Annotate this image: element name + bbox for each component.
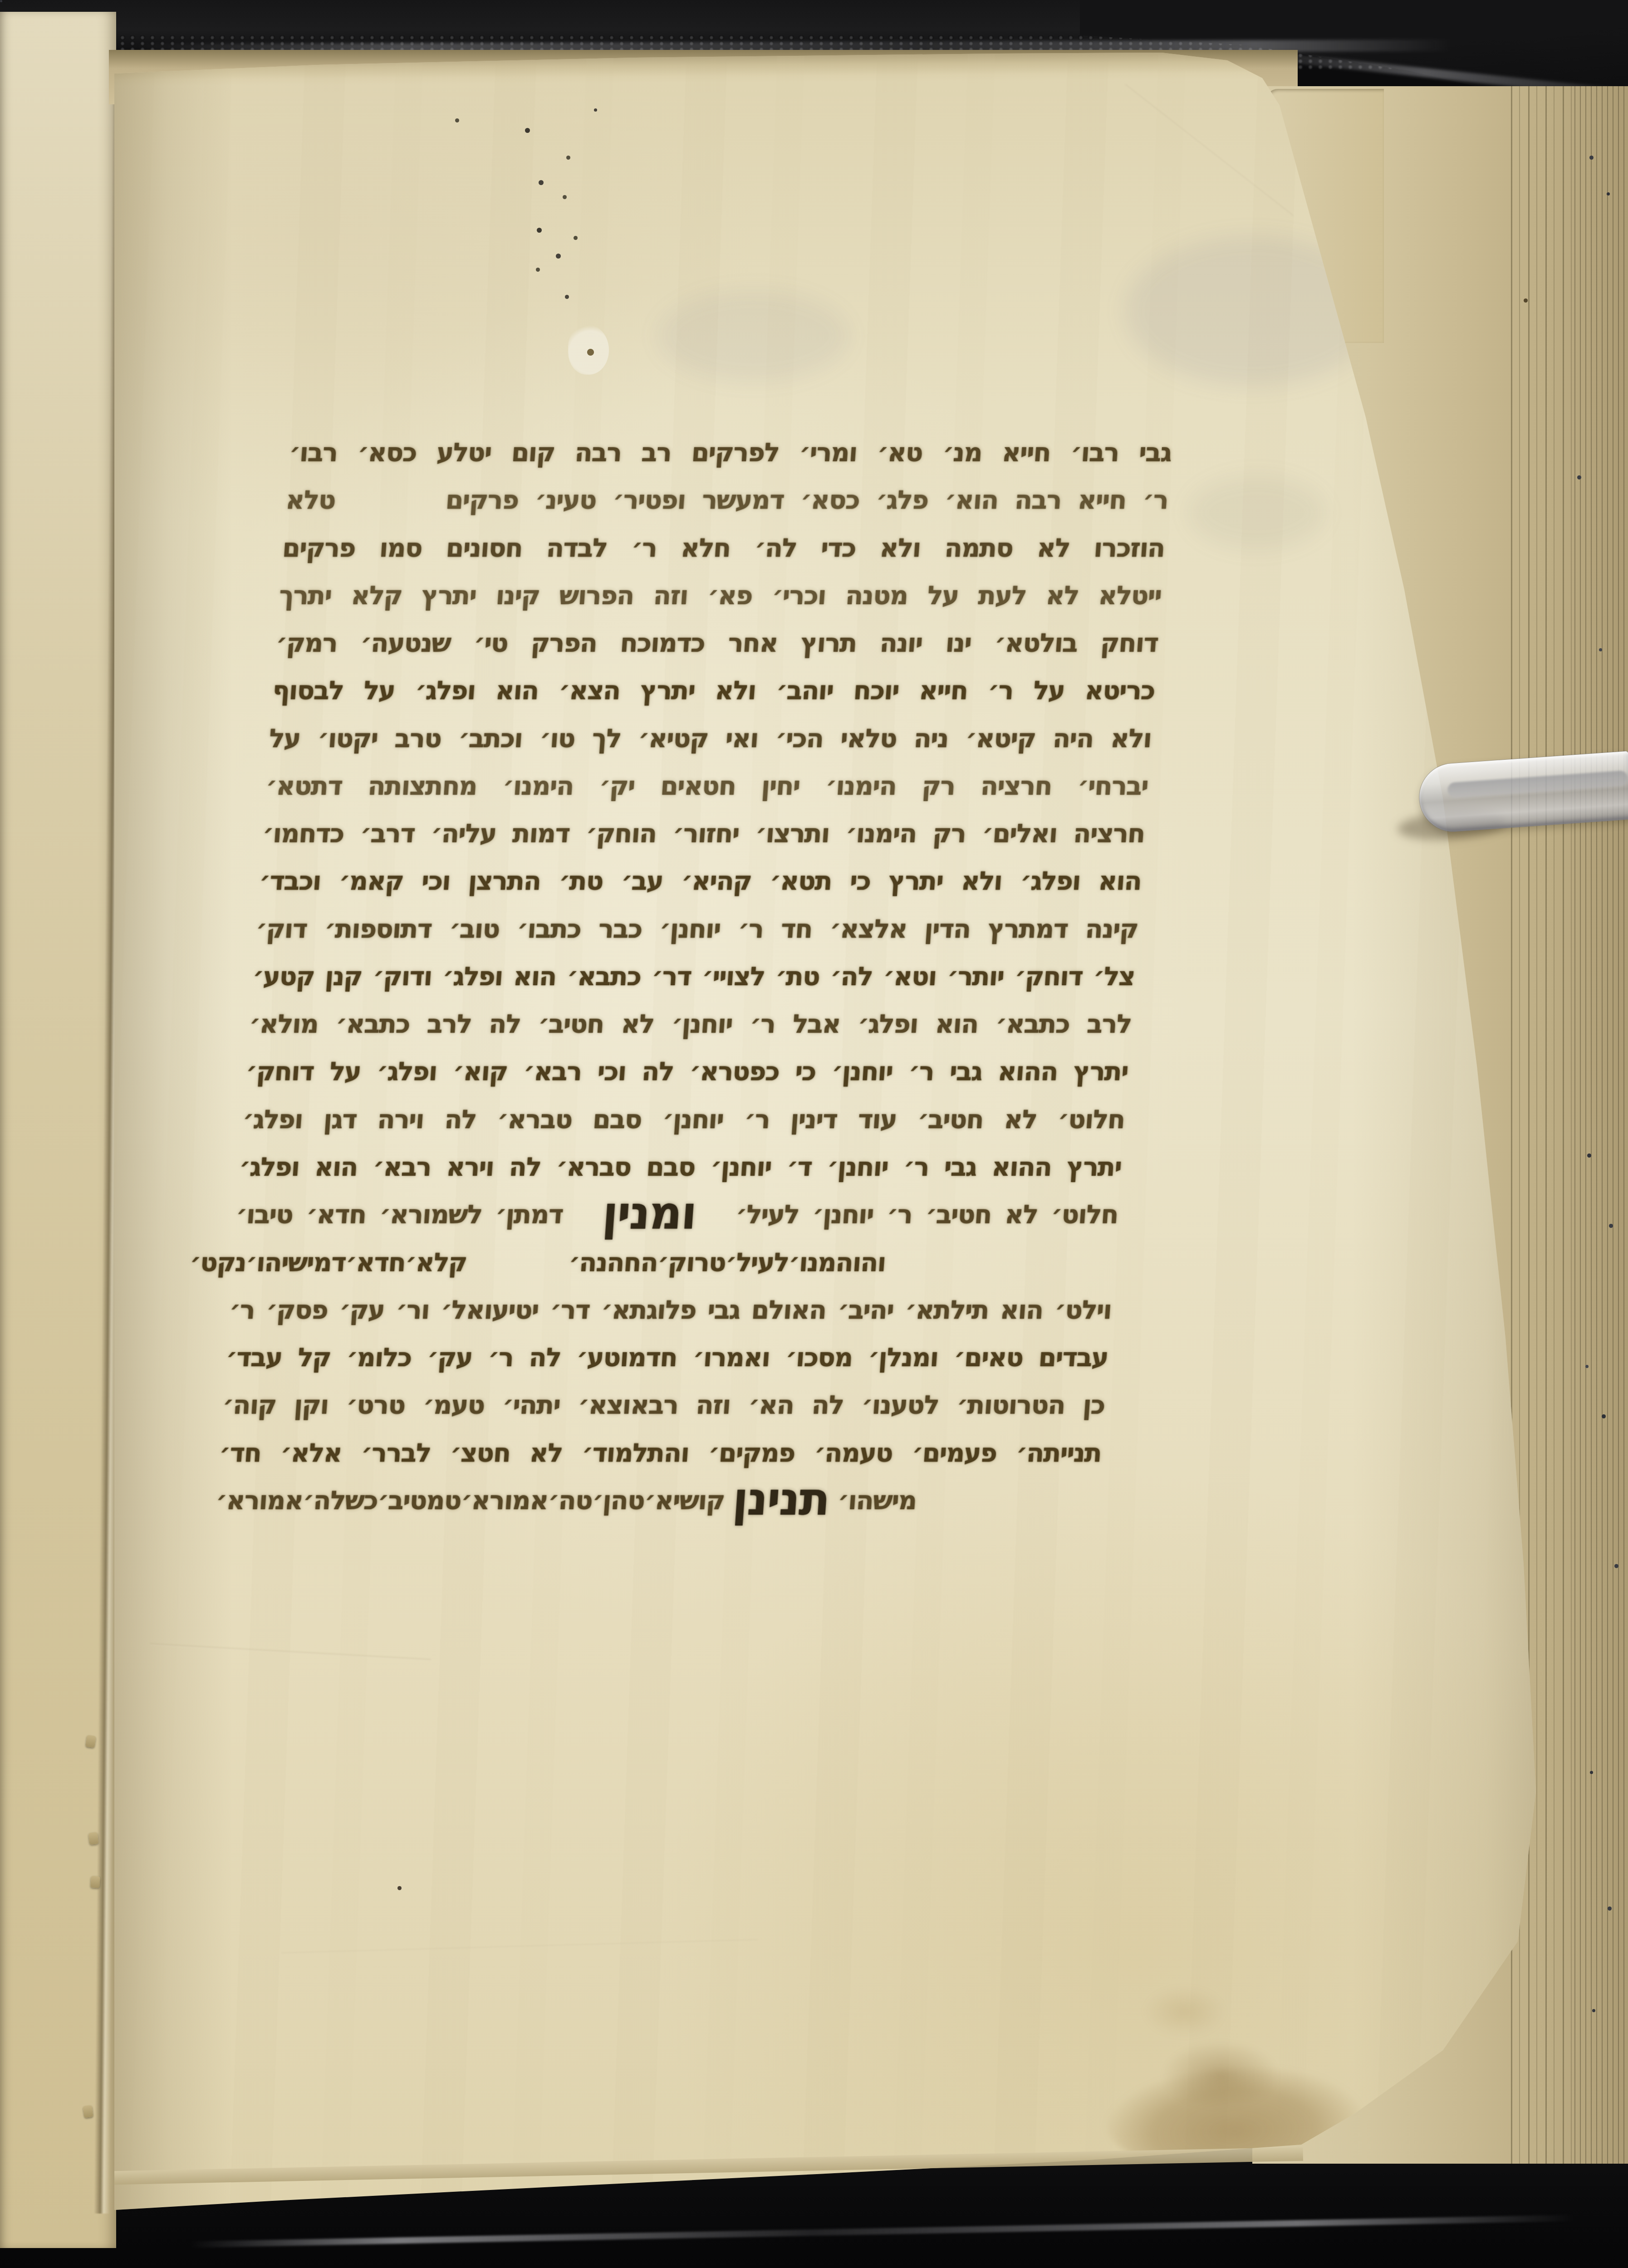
word: ר׳ [986,670,1015,712]
word: יטיעואל׳ [439,1289,540,1331]
word: לא [1044,575,1080,616]
word: כדמוכח [619,622,706,664]
word: טא׳ [876,432,924,474]
word: ואי [724,718,760,759]
word: לה [443,1099,478,1140]
word: וכבד׳ [258,860,322,902]
word: יוחנן׳ [709,1146,773,1188]
word: פמקים׳ [707,1432,796,1474]
word: יקטו׳ [316,718,379,759]
parchment-flaw [568,325,609,375]
word: יוהב׳ [775,670,834,712]
word: טעינ׳ [534,479,598,521]
manuscript-line: חלוט׳לאחטיב׳ר׳יוחנן׳לעיל׳ומניןדמתן׳לשמור… [234,1194,1119,1242]
word: חדמוטע׳ [575,1337,678,1378]
word: קטע׳ [251,956,315,997]
word: לעת [977,575,1028,616]
word: קטיא׳ [637,718,710,759]
manuscript-line: תנייתה׳פעמים׳טעמה׳פמקים׳והתלמוד׳לאחטצ׳לב… [217,1432,1103,1480]
word: טי׳ [472,622,509,664]
word: הדין [923,908,971,950]
word: קום [510,432,556,474]
word: חלא [679,527,732,569]
word: יתרץ [1072,1051,1129,1093]
word: טיבו׳ [235,1194,294,1236]
manuscript-line: גבירבו׳חייאמנ׳טא׳ומרי׳לפרקיםרברבהקוםיטלע… [287,432,1172,479]
manuscript-line: דוחקבולטא׳ינויונהתרוץאחרכדמוכחהפרקטי׳שנט… [274,622,1159,670]
word: ר׳ [748,1003,776,1045]
word: הימנו׳ [844,813,918,855]
word: הא׳ [747,1384,795,1426]
word: עק׳ [426,1337,474,1378]
word: כסא׳ [799,479,861,521]
word: חד׳ [218,1432,262,1474]
word: ר׳ [228,1289,256,1331]
word: דוחק׳ [245,1051,315,1093]
word: טלא [284,479,337,521]
manuscript-line: הואופלג׳ולאיתרץכיתטא׳קהיא׳עב׳טת׳התרצןוכי… [257,860,1143,908]
word: לצויי׳ [701,956,766,997]
word: ייטלא [1097,575,1163,616]
word: ואמרו׳ [691,1337,771,1378]
sewing-stitch [88,1832,99,1845]
word: מחתצותה [366,765,478,807]
word: הוא׳ [943,479,1000,521]
stain [1162,2041,1280,2109]
word: ודוק׳ [371,956,433,997]
word: לא [620,1003,655,1045]
word: סתמה [943,527,1015,569]
word: ופלג׳ [241,1099,304,1140]
word: חדא׳ [305,1194,368,1236]
word: קיטא׳ [964,718,1037,759]
word: על [926,575,960,616]
word: חד [780,908,814,950]
word: חטיב׳ [916,1099,985,1140]
word: דר׳ [650,956,693,997]
word: כדחמו׳ [261,813,345,855]
manuscript-line: וילט׳הואתילתא׳יהיב׳האולםגביפלוגתא׳דר׳יטי… [227,1289,1113,1337]
word: דמתן׳ [494,1194,564,1236]
word: וזה [695,1384,732,1426]
word: ינו [944,622,973,664]
word: הפרוש [558,575,635,616]
word: לה [508,1146,542,1188]
word: לבסוף [271,670,344,712]
manuscript-line: כריטאעלר׳חייאיוכחיוהב׳ולאיתרץהצא׳הואופלג… [270,670,1156,718]
word: פסק׳ [265,1289,329,1331]
word: לה [487,1003,522,1045]
word: מסכו׳ [784,1337,854,1378]
word: עב׳ [620,860,664,902]
word: דוק׳ [255,908,309,950]
word: ר׳ [885,1194,913,1236]
manuscript-line: חרציהואלים׳רקהימנו׳ותרצו׳יחזור׳הוחק׳דמות… [260,813,1146,860]
word: יונה [878,622,924,664]
word: דמות [511,813,571,855]
word: ואלים׳ [981,813,1059,855]
word: יותר׳ [946,956,1005,997]
word: פלג׳ [874,479,929,521]
word: ההוא [991,1146,1053,1188]
word: יטלע [435,432,492,474]
word: סברא׳ [555,1146,633,1188]
word: מנ׳ [941,432,983,474]
word: תטא׳ [768,860,833,902]
word: רבא׳ [522,1051,583,1093]
fore-edge-flecks [0,0,2,2]
word: ופלג׳ [414,670,477,712]
word: טרט׳ [345,1384,406,1426]
word: תנייתה׳ [1015,1432,1103,1474]
word: הפרק [530,622,598,664]
word: אבל [791,1003,842,1045]
word: על [328,1051,362,1093]
word: תילתא׳ [903,1289,990,1331]
word: לרב [426,1003,473,1045]
word: פעמים׳ [911,1432,998,1474]
word: וכתב׳ [457,718,524,759]
word: ופלג׳ [375,1051,438,1093]
word: יתרך [278,575,333,616]
word: תרוץ [799,622,858,664]
word: יתרץ [420,575,477,616]
word: כתבא׳ [565,956,642,997]
word: טת׳ [774,956,821,997]
word: ופטיר׳ [611,479,687,521]
word: החהנה׳ [567,1242,659,1283]
word: טרוק׳ [656,1242,727,1283]
word: רק [921,765,956,807]
word: ההוא [996,1051,1059,1093]
word: ר׳ [630,527,658,569]
word: ולא [714,670,757,712]
word: על [1032,670,1066,712]
word: לא [1035,527,1071,569]
word: טברא׳ [495,1099,573,1140]
word: רבה [574,432,623,474]
word: עק׳ [338,1289,386,1331]
word: לא [528,1432,564,1474]
word: ופלג׳ [856,1003,919,1045]
word: כן [1081,1384,1106,1426]
word: ור׳ [394,1289,431,1331]
manuscript-photo: גבירבו׳חייאמנ׳טא׳ומרי׳לפרקיםרברבהקוםיטלע… [0,0,1628,2268]
word: קלא [350,575,403,616]
word: הוא [313,1146,359,1188]
word: כתבא׳ [334,1003,411,1045]
word: הכי׳ [774,718,825,759]
word: דתוספות׳ [323,908,433,950]
word: רבו׳ [288,432,338,474]
word: כלומ׳ [345,1337,412,1378]
word: יוחנן׳ [658,908,722,950]
word: יתרץ [887,860,944,902]
word: רק [932,813,967,855]
word: והתלמוד׳ [580,1432,690,1474]
word: וקן [293,1384,330,1426]
manuscript-line: מישהו׳תנינןקושיא׳טהן׳טה׳אמורא׳טמטיב׳כשלה… [214,1480,1099,1527]
word: קנן [324,956,363,997]
word: יתרץ [1065,1146,1123,1188]
word: חייא [1000,432,1052,474]
word: לה [810,1384,845,1426]
word: דמתרץ [986,908,1069,950]
word: כתבא׳ [994,1003,1071,1045]
word: לבדה [545,527,608,569]
word: טעמה׳ [813,1432,894,1474]
word: טלאי [839,718,898,759]
word: ולא [1109,718,1152,759]
word: ר׳ [1141,479,1169,521]
word: הוחק׳ [584,813,658,855]
word: סבם [645,1146,696,1188]
word: צל׳ [1092,956,1136,997]
word: יוחנן׳ [811,1194,875,1236]
word: ומרי׳ [798,432,858,474]
word: לא [1003,1194,1039,1236]
word: דתטא׳ [265,765,343,807]
word: גבי [706,1289,741,1331]
manuscript-line: יברחי׳חרציהרקהימנו׳יחיןחטאיםיק׳הימנו׳מחת… [264,765,1149,813]
word: הטרוטות׳ [955,1384,1066,1426]
word: לשמורא׳ [378,1194,483,1236]
word: בולטא׳ [993,622,1079,664]
word: קוה׳ [221,1384,277,1426]
word: ולא [878,527,922,569]
word: יוכח [852,670,900,712]
word: וילט׳ [1053,1289,1113,1331]
word: ופלג׳ [238,1146,301,1188]
sewing-stitch [90,1876,100,1888]
word: טו׳ [538,718,576,759]
word: לה׳ [753,527,798,569]
word: וכרי׳ [770,575,827,616]
word: ניה [912,718,950,759]
word: לרב [1085,1003,1133,1045]
word: חייא [1076,479,1128,521]
word: ר׳ [736,908,765,950]
word: חסונים [445,527,524,569]
word: פלוגתא׳ [600,1289,697,1331]
word: עליה׳ [430,813,498,855]
word: כבר [597,908,643,950]
word: הוא [512,956,558,997]
word: יחזור׳ [671,813,740,855]
word: גבי [948,1051,983,1093]
word: יחין [760,765,801,807]
word: היה [1051,718,1095,759]
word: הוזכרו [1093,527,1166,569]
word: כי [848,860,872,902]
word: חלוט׳ [1049,1194,1119,1236]
word: כריטא [1084,670,1156,712]
word: על [362,670,396,712]
word: הימנו׳ [501,765,575,807]
word: הימנו׳ [824,765,897,807]
word: דוחק [1099,622,1159,664]
manuscript-line: ייטלאלאלעתעלמטנהוכרי׳פא׳וזההפרושקינויתרץ… [277,575,1162,622]
sewing-stitch [83,2105,93,2118]
word: קאמ׳ [338,860,405,902]
word: חדא׳ [344,1242,407,1283]
word: לעיל׳ [724,1242,790,1283]
word: יוחנן׳ [670,1003,734,1045]
word: עוד [857,1099,898,1140]
word: סמו [378,527,423,569]
word: ר׳ [902,1146,930,1188]
word: לפרקים [690,432,780,474]
word: לה [640,1051,675,1093]
word: עבדים [1037,1337,1109,1378]
word: שנטעה׳ [359,622,452,664]
manuscript-line: עבדיםטאים׳ומנלן׳מסכו׳ואמרו׳חדמוטע׳להר׳עק… [224,1337,1109,1384]
word: חטיב׳ [537,1003,605,1045]
word: חטיב׳ [924,1194,993,1236]
word: וכי [420,860,451,902]
manuscript-line: ר׳חייארבההוא׳פלג׳כסא׳דמעשרופטיר׳טעינ׳פרק… [284,479,1169,527]
ink-showthrough [1189,476,1325,549]
word: דמישיהו׳ [245,1242,347,1283]
manuscript-line: ולאהיהקיטא׳ניהטלאיהכי׳ואיקטיא׳לךטו׳וכתב׳… [267,718,1152,765]
sewing-stitch [85,1735,96,1748]
word: עבד׳ [225,1337,284,1378]
word: כי [794,1051,817,1093]
word: מטנה [844,575,909,616]
word: מישהו׳ [836,1480,918,1521]
manuscript-line: לרבכתבא׳הואופלג׳אבלר׳יוחנן׳לאחטיב׳להלרבכ… [247,1003,1133,1051]
word: כשלה׳ [301,1480,379,1521]
word: הצא׳ [557,670,622,712]
word: טמטיב׳ [376,1480,462,1521]
emphasized-word: ומנין [601,1194,697,1233]
word: טרב [393,718,442,759]
word: על [268,718,302,759]
word: יתהי׳ [501,1384,561,1426]
word: חלוט׳ [1056,1099,1126,1140]
word: רמק׳ [275,622,338,664]
word: ר׳ [743,1099,771,1140]
word: חרציה [979,765,1053,807]
word: גבי [1138,432,1172,474]
word: רבא׳ [372,1146,432,1188]
word: ופלג׳ [1019,860,1082,902]
word: התרצן [467,860,542,902]
word: ומנלן׳ [867,1337,939,1378]
word: טעמ׳ [422,1384,486,1426]
word: טאים׳ [952,1337,1024,1378]
manuscript-line: הוזכרולאסתמהולאכדילה׳חלאר׳לבדהחסוניםסמופ… [280,527,1166,575]
word: ר׳ [907,1051,935,1093]
word: לה׳ [829,956,874,997]
word: דרב׳ [359,813,416,855]
word: אלצא׳ [828,908,908,950]
word: מנו׳ [787,1242,837,1283]
word: האולם [750,1289,828,1331]
word: וטא׳ [882,956,938,997]
word: לברר׳ [360,1432,432,1474]
word: וזה [652,575,689,616]
word: נקט׳ [188,1242,247,1283]
manuscript-line: והוהמנו׳לעיל׳טרוק׳החהנה׳קלא׳חדא׳דמישיהו׳… [230,1242,1116,1289]
fore-edge-striations [1574,86,1628,2164]
word: יק׳ [598,765,636,807]
word: הוא [999,1289,1044,1331]
word: ופלג׳ [441,956,504,997]
word: מולא׳ [248,1003,320,1045]
word: יוחנן׳ [661,1099,725,1140]
word: ולא [960,860,1003,902]
word: טה׳ [546,1480,593,1521]
word: גבי [943,1146,978,1188]
word: דינין [789,1099,839,1140]
word: לעיל׳ [734,1194,800,1236]
word: קינו [495,575,541,616]
word: טהן׳ [591,1480,646,1521]
word: וירא [445,1146,495,1188]
word: טוב׳ [448,908,501,950]
word: רבו׳ [1069,432,1120,474]
word: ד׳ [785,1146,813,1188]
manuscript-line: צל׳דוחק׳יותר׳וטא׳לה׳טת׳לצויי׳דר׳כתבא׳הוא… [250,956,1136,1003]
manuscript-line: חלוט׳לאחטיב׳עודדיניןר׳יוחנן׳סבםטברא׳להוי… [240,1099,1126,1146]
word: קינה [1084,908,1139,950]
word: קושיא׳ [643,1480,726,1521]
text-block: גבירבו׳חייאמנ׳טא׳ומרי׳לפרקיםרברבהקוםיטלע… [214,432,1173,1527]
word: סבם [591,1099,643,1140]
word: דוחק׳ [1013,956,1084,997]
word: לך [591,718,623,759]
word: והוה [834,1242,887,1283]
word: וכי [596,1051,627,1093]
word: אחר [726,622,779,664]
word: יהיב׳ [836,1289,895,1331]
word: פרקים [281,527,357,569]
word: קהיא׳ [680,860,753,902]
word: כתבו׳ [515,908,582,950]
ink-showthrough [658,290,848,381]
word: אמורא׳ [215,1480,304,1521]
word: קוא׳ [451,1051,509,1093]
word: חרציה [1072,813,1146,855]
word: הוא [494,670,540,712]
word: יתרץ [639,670,696,712]
word: רבאוצא׳ [577,1384,680,1426]
word: רבה [1013,479,1063,521]
emphasized-word: תנינן [731,1480,831,1519]
word: לא [1003,1099,1038,1140]
word: יברחי׳ [1076,765,1149,807]
word: וירה [376,1099,425,1140]
word: יוחנן׳ [826,1146,890,1188]
word: לה [528,1337,562,1378]
word: קל [296,1337,332,1378]
stain [1143,1987,1225,2037]
word: הוא [1097,860,1143,902]
word: רב [640,432,673,474]
word: קלא׳ [404,1242,468,1283]
word: חייא [918,670,969,712]
manuscript-line: כןהטרוטות׳לטענו׳לההא׳וזהרבאוצא׳יתהי׳טעמ׳… [221,1384,1106,1432]
manuscript-line: קינהדמתרץהדיןאלצא׳חדר׳יוחנן׳כברכתבו׳טוב׳… [254,908,1139,956]
word: כסא׳ [356,432,418,474]
word: דגן [322,1099,358,1140]
word: חטאים [659,765,737,807]
word: אלא׳ [279,1432,343,1474]
word: חטצ׳ [449,1432,512,1474]
word: אמורא׳ [460,1480,549,1521]
manuscript-line: יתרץההואגביר׳יוחנן׳כיכפטרא׳להוכירבא׳קוא׳… [244,1051,1129,1099]
